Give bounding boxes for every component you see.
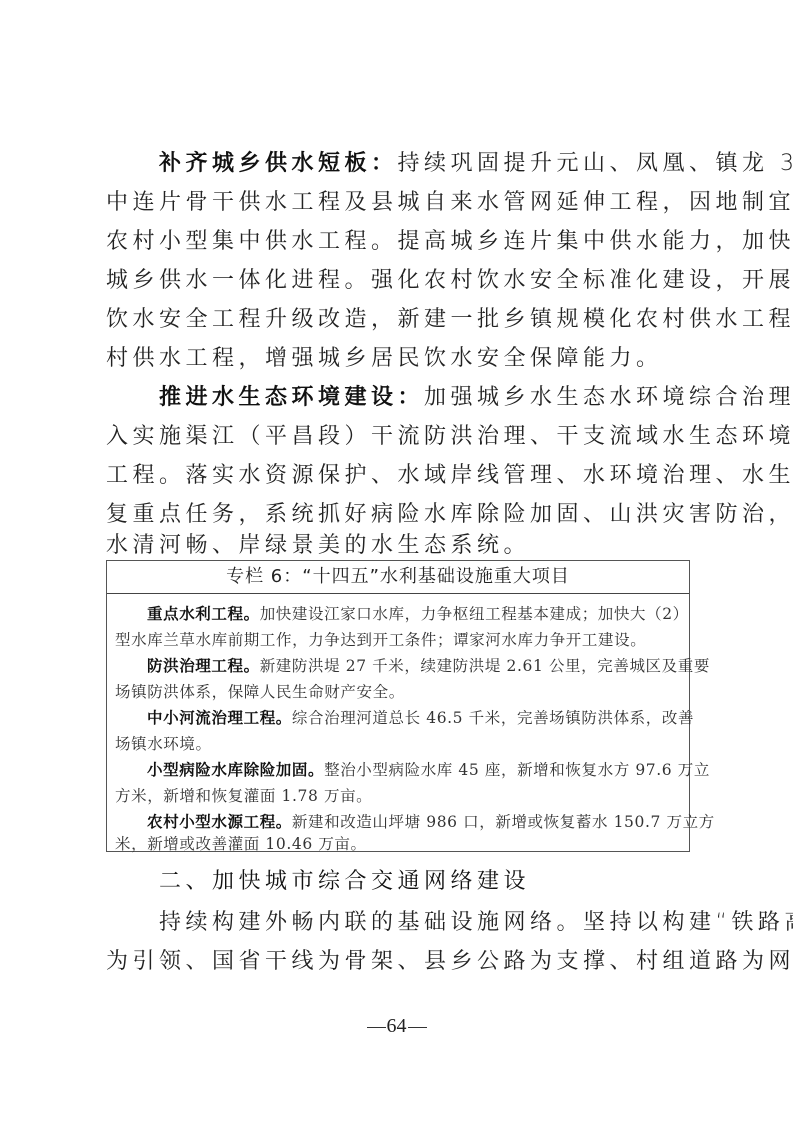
paragraph-lead: 持续构建外畅内联的基础设施网络。 <box>159 910 583 935</box>
text-line: 补齐城乡供水短板：持续巩固提升元山、凤凰、镇龙 3 个集 <box>106 144 759 183</box>
project-box: 专栏 6：“十四五”水利基础设施重大项目 重点水利工程。加快建设江家口水库，力争… <box>106 560 690 852</box>
text-line: 中连片骨干供水工程及县城自来水管网延伸工程，因地制宜建设 <box>106 183 706 222</box>
text-line: 农村小型集中供水工程。提高城乡连片集中供水能力，加快实现 <box>106 222 706 261</box>
text-line: 城乡供水一体化进程。强化农村饮水安全标准化建设，开展农村 <box>106 261 706 300</box>
text-line: 推进水生态环境建设：加强城乡水生态水环境综合治理，深 <box>106 378 759 417</box>
box-item-line: 型水库兰草水库前期工作，力争达到开工条件；谭家河水库力争开工建设。 <box>115 627 685 653</box>
text-line: 村供水工程，增强城乡居民饮水安全保障能力。 <box>106 339 706 378</box>
dash-decoration <box>408 1027 427 1028</box>
box-item-line: 方米，新增和恢复灌面 1.78 万亩。 <box>115 783 685 809</box>
box-item-line: 场镇防洪体系，保障人民生命财产安全。 <box>115 679 685 705</box>
text-line: 工程。落实水资源保护、水域岸线管理、水环境治理、水生态修 <box>106 456 706 495</box>
box-title: 专栏 6：“十四五”水利基础设施重大项目 <box>107 561 689 594</box>
text-line: 饮水安全工程升级改造，新建一批乡镇规模化农村供水工程或联 <box>106 300 706 339</box>
box-item-line: 重点水利工程。加快建设江家口水库，力争枢纽工程基本建成；加快大（2） <box>115 601 717 627</box>
text-line: 为引领、国省干线为骨架、县乡公路为支撑、村组道路为网络” <box>106 942 706 981</box>
box-item-lead: 农村小型水源工程。 <box>147 813 292 831</box>
box-item-lead: 防洪治理工程。 <box>147 657 260 675</box>
text-line: 持续构建外畅内联的基础设施网络。坚持以构建“铁路高速 <box>106 903 759 942</box>
paragraph-lead: 补齐城乡供水短板： <box>159 151 398 176</box>
box-item-line: 中小河流治理工程。综合治理河道总长 46.5 千米，完善场镇防洪体系，改善 <box>115 705 717 731</box>
box-item-line: 防洪治理工程。新建防洪堤 27 千米，续建防洪堤 2.61 公里，完善城区及重要 <box>115 653 717 679</box>
box-item-lead: 重点水利工程。 <box>147 605 260 623</box>
section-heading: 二、加快城市综合交通网络建设 <box>106 862 759 901</box>
page-number: 64 <box>0 1015 793 1038</box>
box-item-lead: 中小河流治理工程。 <box>147 709 292 727</box>
paragraph-lead: 推进水生态环境建设： <box>159 385 424 410</box>
box-item-lead: 小型病险水库除险加固。 <box>147 761 324 779</box>
box-item-line: 场镇水环境。 <box>115 731 685 757</box>
document-page: 补齐城乡供水短板：持续巩固提升元山、凤凰、镇龙 3 个集 中连片骨干供水工程及县… <box>0 0 793 1122</box>
box-item-line: 小型病险水库除险加固。整治小型病险水库 45 座，新增和恢复水方 97.6 万立 <box>115 757 717 783</box>
text-line: 入实施渠江（平昌段）干流防洪治理、干支流域水生态环境治理 <box>106 417 706 456</box>
box-item-line: 米，新增或改善灌面 10.46 万亩。 <box>115 831 685 857</box>
dash-decoration <box>367 1027 386 1028</box>
